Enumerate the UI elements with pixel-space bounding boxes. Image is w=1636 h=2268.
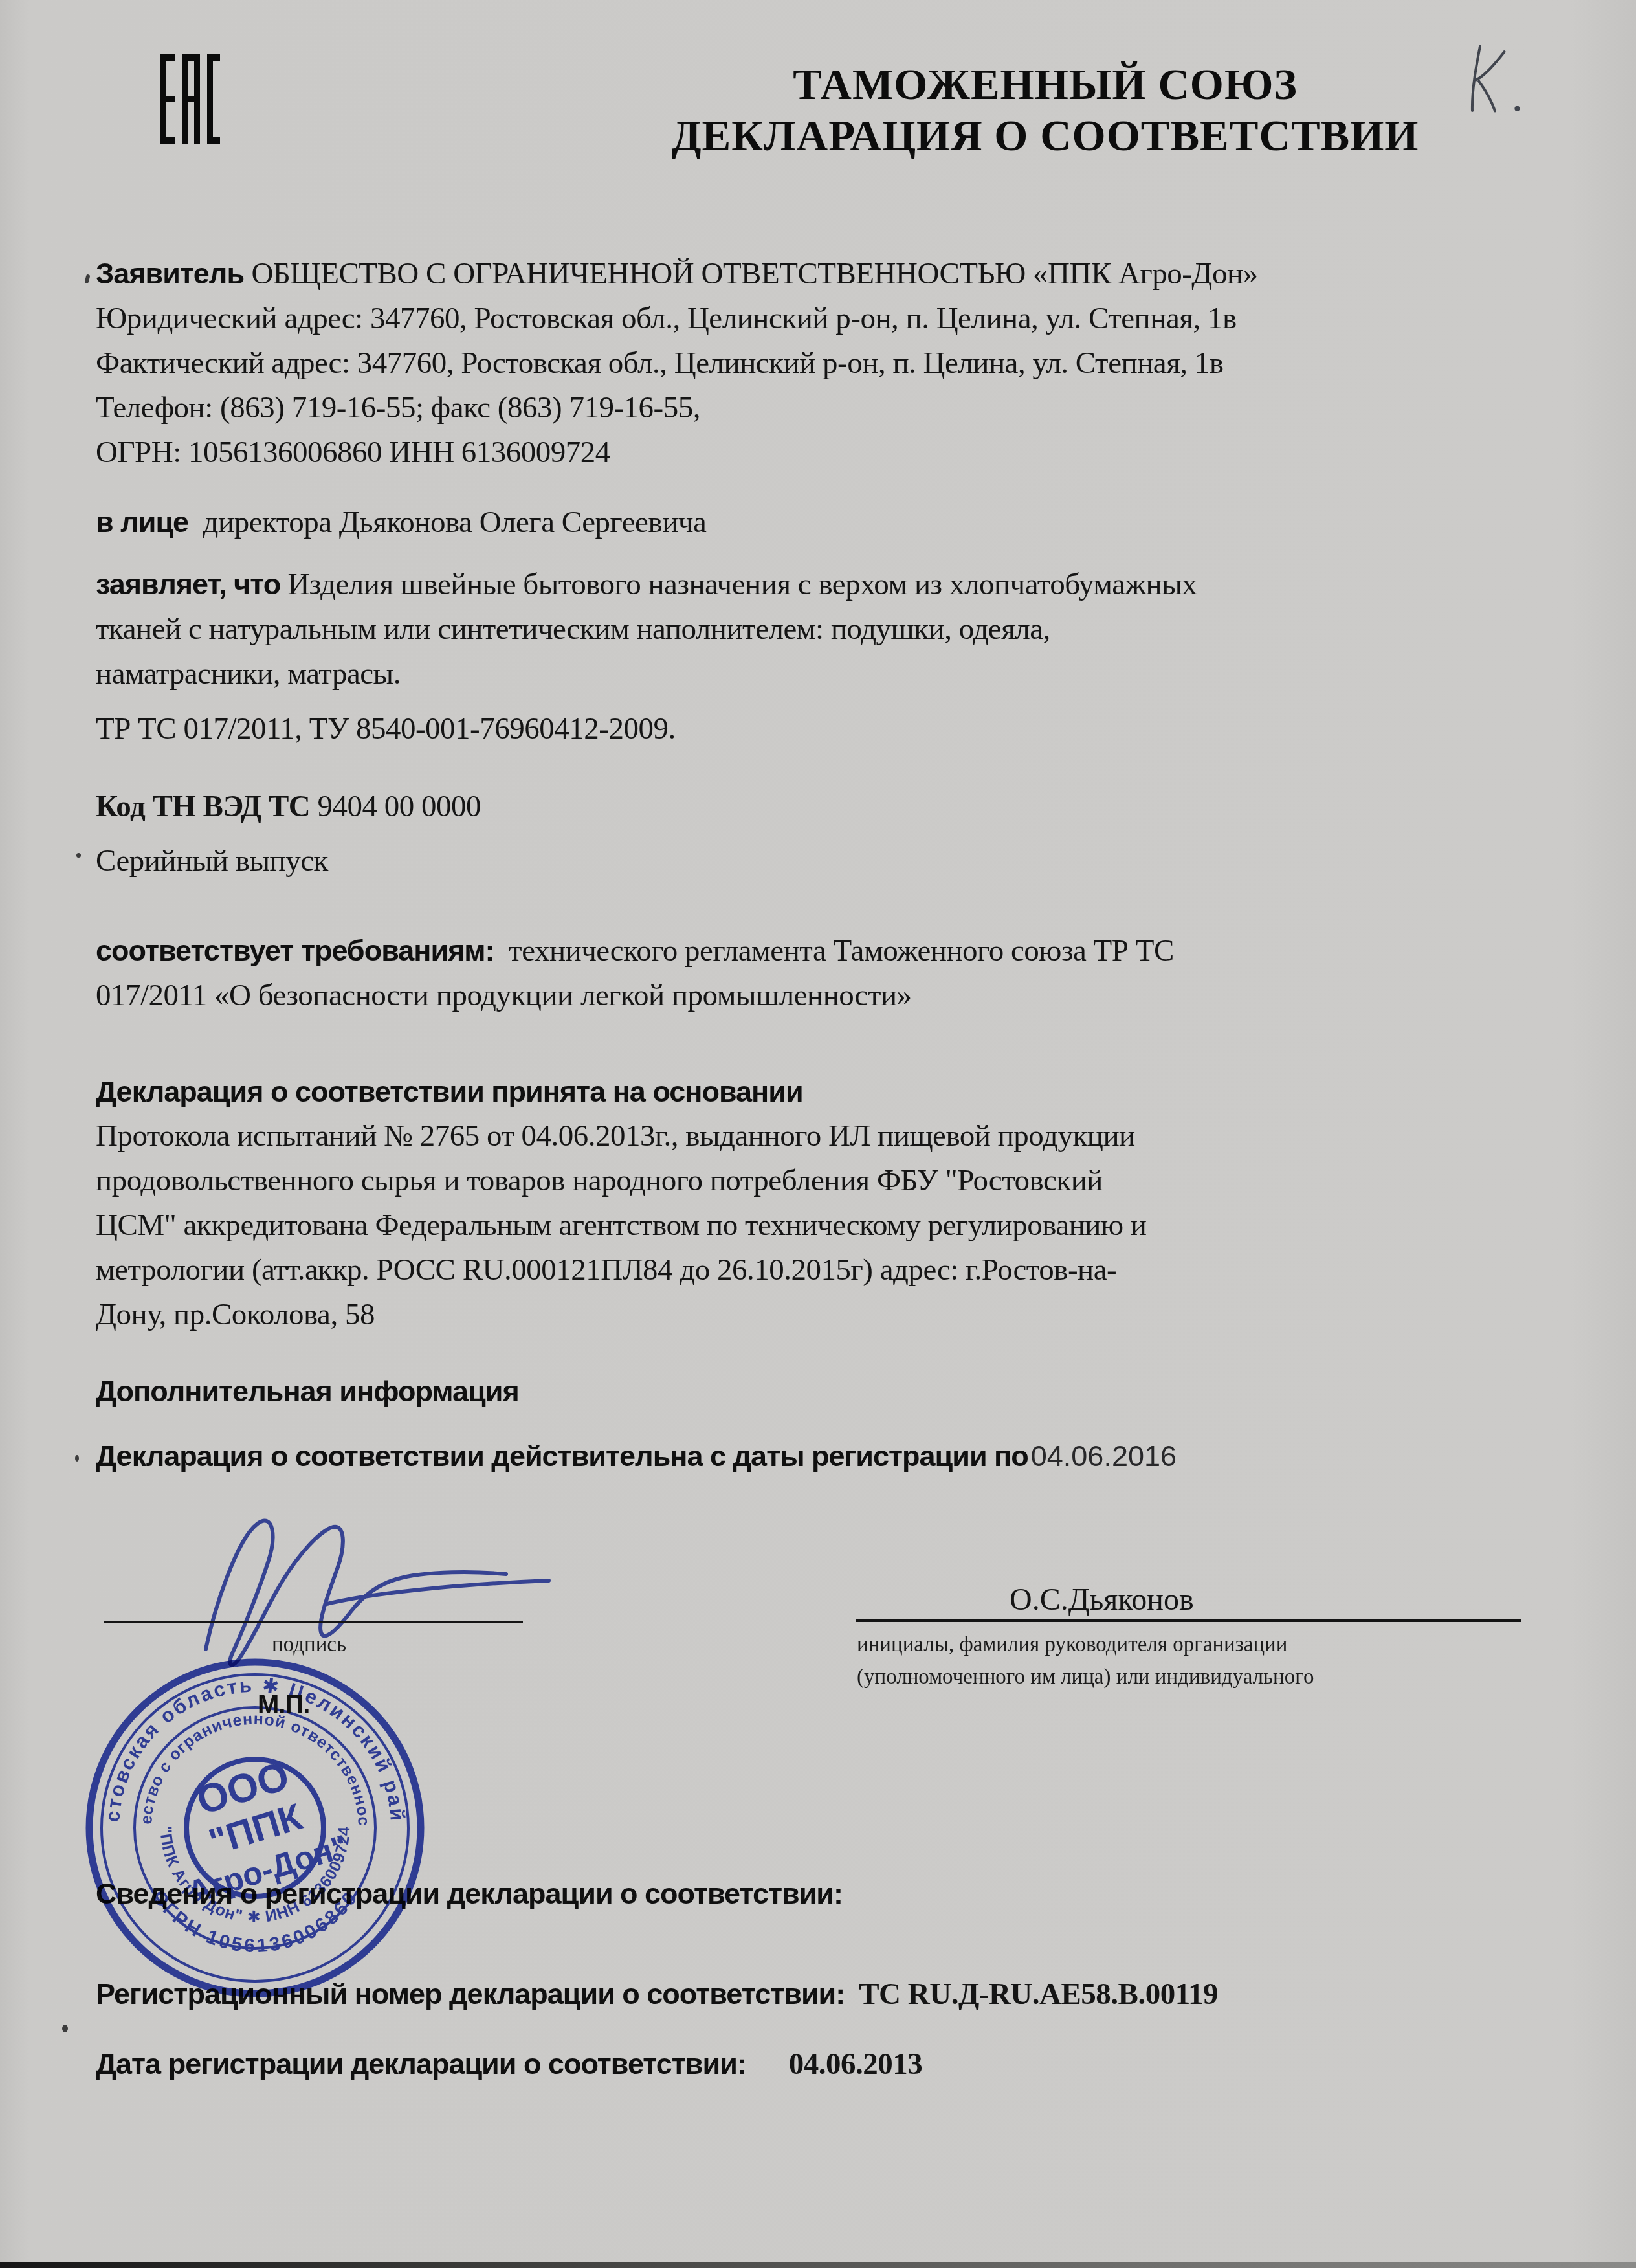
handwritten-mark [1456,38,1546,131]
declares-label: заявляет, что [96,568,280,601]
conforms-block: соответствует требованиям: технического … [96,928,1584,1018]
tnved-value: 9404 00 0000 [317,790,481,823]
basis-value: Протокола испытаний № 2765 от 04.06.2013… [96,1114,1584,1337]
validity-date: 04.06.2016 [1031,1440,1177,1473]
validity-line: Декларация о соответствии действительна … [96,1440,1177,1473]
actual-address: Фактический адрес: 347760, Ростовская об… [96,341,1565,386]
scan-speck [75,1455,79,1462]
tnved-label: Код ТН ВЭД ТС [96,790,310,823]
additional-info-label: Дополнительная информация [96,1375,519,1408]
ogrn-inn: ОГРН: 1056136006860 ИНН 6136009724 [96,430,1565,475]
declares-block: заявляет, что Изделия швейные бытового н… [96,562,1584,696]
declaration-document: ТАМОЖЕННЫЙ СОЮЗ ДЕКЛАРАЦИЯ О СООТВЕТСТВИ… [0,0,1636,2268]
registration-number-value: ТС RU.Д-RU.АЕ58.В.00119 [859,1977,1218,2011]
scan-speck [84,274,90,283]
conforms-label: соответствует требованиям: [96,934,494,967]
eac-logo [160,54,220,147]
serial-issue-line: Серийный выпуск [96,839,328,884]
scan-bottom-edge [0,2262,1636,2268]
head-name: О.С.Дьяконов [1010,1582,1194,1618]
head-caption: инициалы, фамилия руководителя организац… [857,1629,1314,1693]
applicant-block: Заявитель ОБЩЕСТВО С ОГРАНИЧЕННОЙ ОТВЕТС… [96,251,1565,475]
basis-label: Декларация о соответствии принята на осн… [96,1069,1584,1114]
applicant-label: Заявитель [96,257,244,290]
scan-speck [62,2025,68,2032]
head-name-line [856,1619,1521,1622]
document-title: ТАМОЖЕННЫЙ СОЮЗ ДЕКЛАРАЦИЯ О СООТВЕТСТВИ… [582,60,1508,162]
head-caption-line1: инициалы, фамилия руководителя организац… [857,1629,1314,1661]
registration-date-label: Дата регистрации декларации о соответств… [96,2047,746,2080]
phone-fax: Телефон: (863) 719-16-55; факс (863) 719… [96,386,1565,430]
represented-by-line: в лице директора Дьяконова Олега Сергеев… [96,500,1565,545]
validity-label: Декларация о соответствии действительна … [96,1440,1028,1473]
legal-address: Юридический адрес: 347760, Ростовская об… [96,296,1565,341]
standards-line: ТР ТС 017/2011, ТУ 8540-001-76960412-200… [96,707,676,751]
title-line-1: ТАМОЖЕННЫЙ СОЮЗ [582,60,1508,111]
registration-date-line: Дата регистрации декларации о соответств… [96,2047,922,2082]
company-stamp: Ростовская область ✱ Целинский район ОГР… [82,1654,428,2005]
scan-speck [76,853,81,858]
mp-label: М.П. [258,1691,309,1720]
basis-block: Декларация о соответствии принята на осн… [96,1069,1584,1337]
applicant-line: Заявитель ОБЩЕСТВО С ОГРАНИЧЕННОЙ ОТВЕТС… [96,251,1565,296]
represented-by-value: директора Дьяконова Олега Сергеевича [203,506,707,539]
tnved-line: Код ТН ВЭД ТС 9404 00 0000 [96,784,481,829]
head-caption-line2: (уполномоченного им лица) или индивидуал… [857,1661,1314,1693]
title-line-2: ДЕКЛАРАЦИЯ О СООТВЕТСТВИИ [582,111,1508,162]
registration-date-value: 04.06.2013 [789,2047,923,2081]
applicant-name: ОБЩЕСТВО С ОГРАНИЧЕННОЙ ОТВЕТСТВЕННОСТЬЮ… [251,257,1257,291]
signature-line [104,1621,523,1623]
represented-by-label: в лице [96,506,188,539]
